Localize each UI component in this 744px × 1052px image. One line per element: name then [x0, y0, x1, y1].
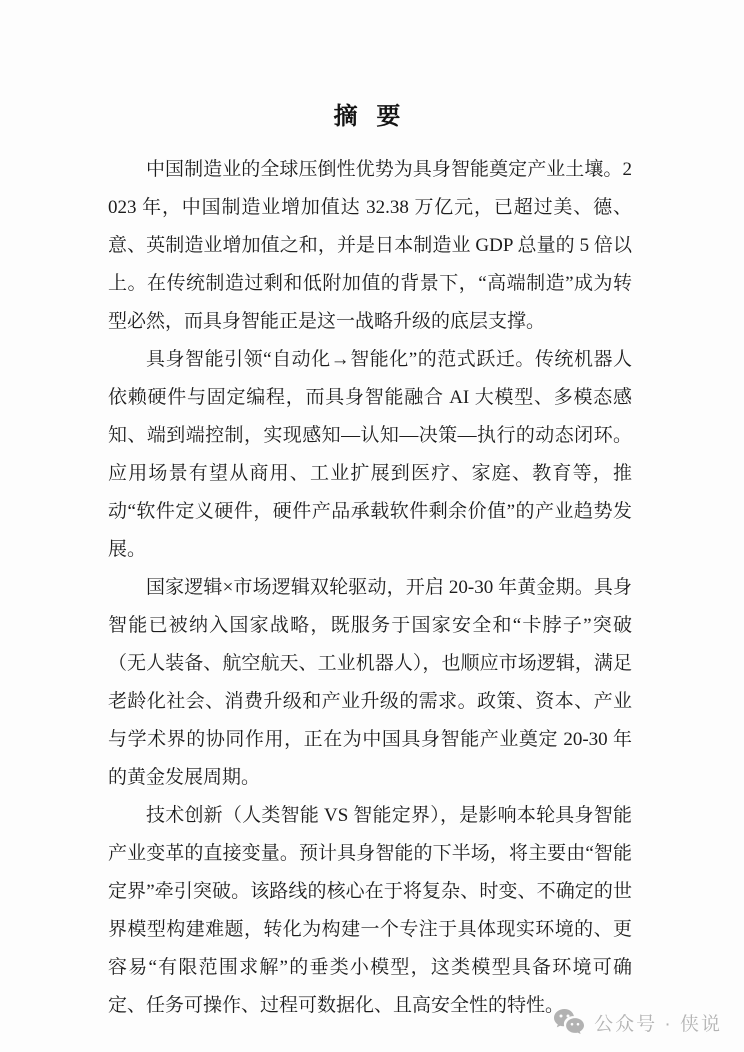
paragraph-tech-innovation: 技术创新（人类智能 VS 智能定界），是影响本轮具身智能产业变革的直接变量。预计… — [108, 797, 632, 1025]
document-content: 摘 要 中国制造业的全球压倒性优势为具身智能奠定产业土壤。2023 年，中国制造… — [0, 0, 744, 1025]
abstract-body: 中国制造业的全球压倒性优势为具身智能奠定产业土壤。2023 年，中国制造业增加值… — [108, 151, 632, 1025]
page-title: 摘 要 — [108, 96, 632, 131]
wechat-icon — [553, 1008, 585, 1036]
watermark: 公众号 · 侠说 — [553, 1008, 722, 1036]
watermark-label: 公众号 · 侠说 — [594, 1009, 722, 1036]
paragraph-paradigm-shift: 具身智能引领“自动化→智能化”的范式跃迁。传统机器人依赖硬件与固定编程，而具身智… — [108, 341, 632, 569]
document-page: 摘 要 中国制造业的全球压倒性优势为具身智能奠定产业土壤。2023 年，中国制造… — [0, 0, 744, 1052]
paragraph-dual-drive: 国家逻辑×市场逻辑双轮驱动，开启 20-30 年黄金期。具身智能已被纳入国家战略… — [108, 569, 632, 797]
paragraph-manufacturing-advantage: 中国制造业的全球压倒性优势为具身智能奠定产业土壤。2023 年，中国制造业增加值… — [108, 151, 632, 341]
